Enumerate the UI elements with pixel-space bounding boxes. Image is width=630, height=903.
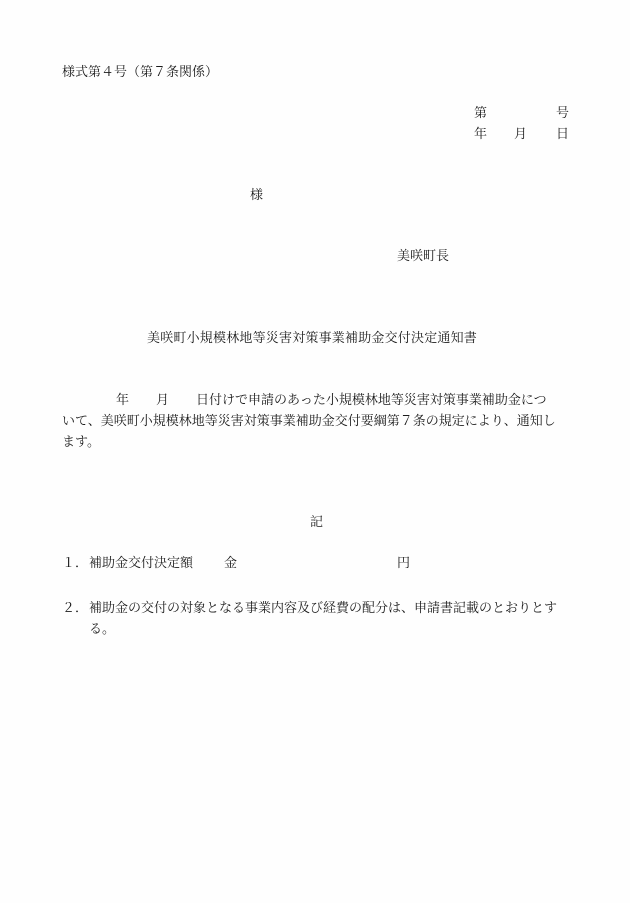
body-line-1-rest: 日付けで申請のあった小規模林地等災害対策事業補助金につ <box>196 393 547 408</box>
body-paragraph: 年月日付けで申請のあった小規模林地等災害対策事業補助金につ いて、美咲町小規模林… <box>62 390 574 453</box>
addressee-suffix: 様 <box>250 188 263 204</box>
body-month: 月 <box>156 393 169 408</box>
item-1-currency-suffix: 円 <box>397 556 410 572</box>
body-year: 年 <box>116 393 129 408</box>
body-line-2: いて、美咲町小規模林地等災害対策事業補助金交付要綱第７条の規定により、通知し <box>62 411 574 432</box>
item-2-text-line-2: る。 <box>89 619 115 640</box>
item-2-number: ２． <box>62 598 88 619</box>
date-day: 日 <box>556 127 569 143</box>
date-year: 年 <box>474 127 487 143</box>
ki-heading: 記 <box>310 515 323 531</box>
doc-number-prefix: 第 <box>474 106 487 122</box>
item-1-label: 補助金交付決定額 <box>89 556 193 572</box>
date-month: 月 <box>514 127 527 143</box>
item-1-number: １． <box>62 556 88 572</box>
document-title: 美咲町小規模林地等災害対策事業補助金交付決定通知書 <box>147 331 477 347</box>
doc-number-suffix: 号 <box>556 106 569 122</box>
item-1-currency-prefix: 金 <box>224 556 237 572</box>
form-number: 様式第４号（第７条関係） <box>62 65 218 81</box>
body-line-3: ます。 <box>62 432 574 453</box>
body-line-1: 年月日付けで申請のあった小規模林地等災害対策事業補助金につ <box>62 390 574 411</box>
item-2-text-line-1: 補助金の交付の対象となる事業内容及び経費の配分は、申請書記載のとおりとす <box>89 598 557 619</box>
sender: 美咲町長 <box>397 249 449 265</box>
